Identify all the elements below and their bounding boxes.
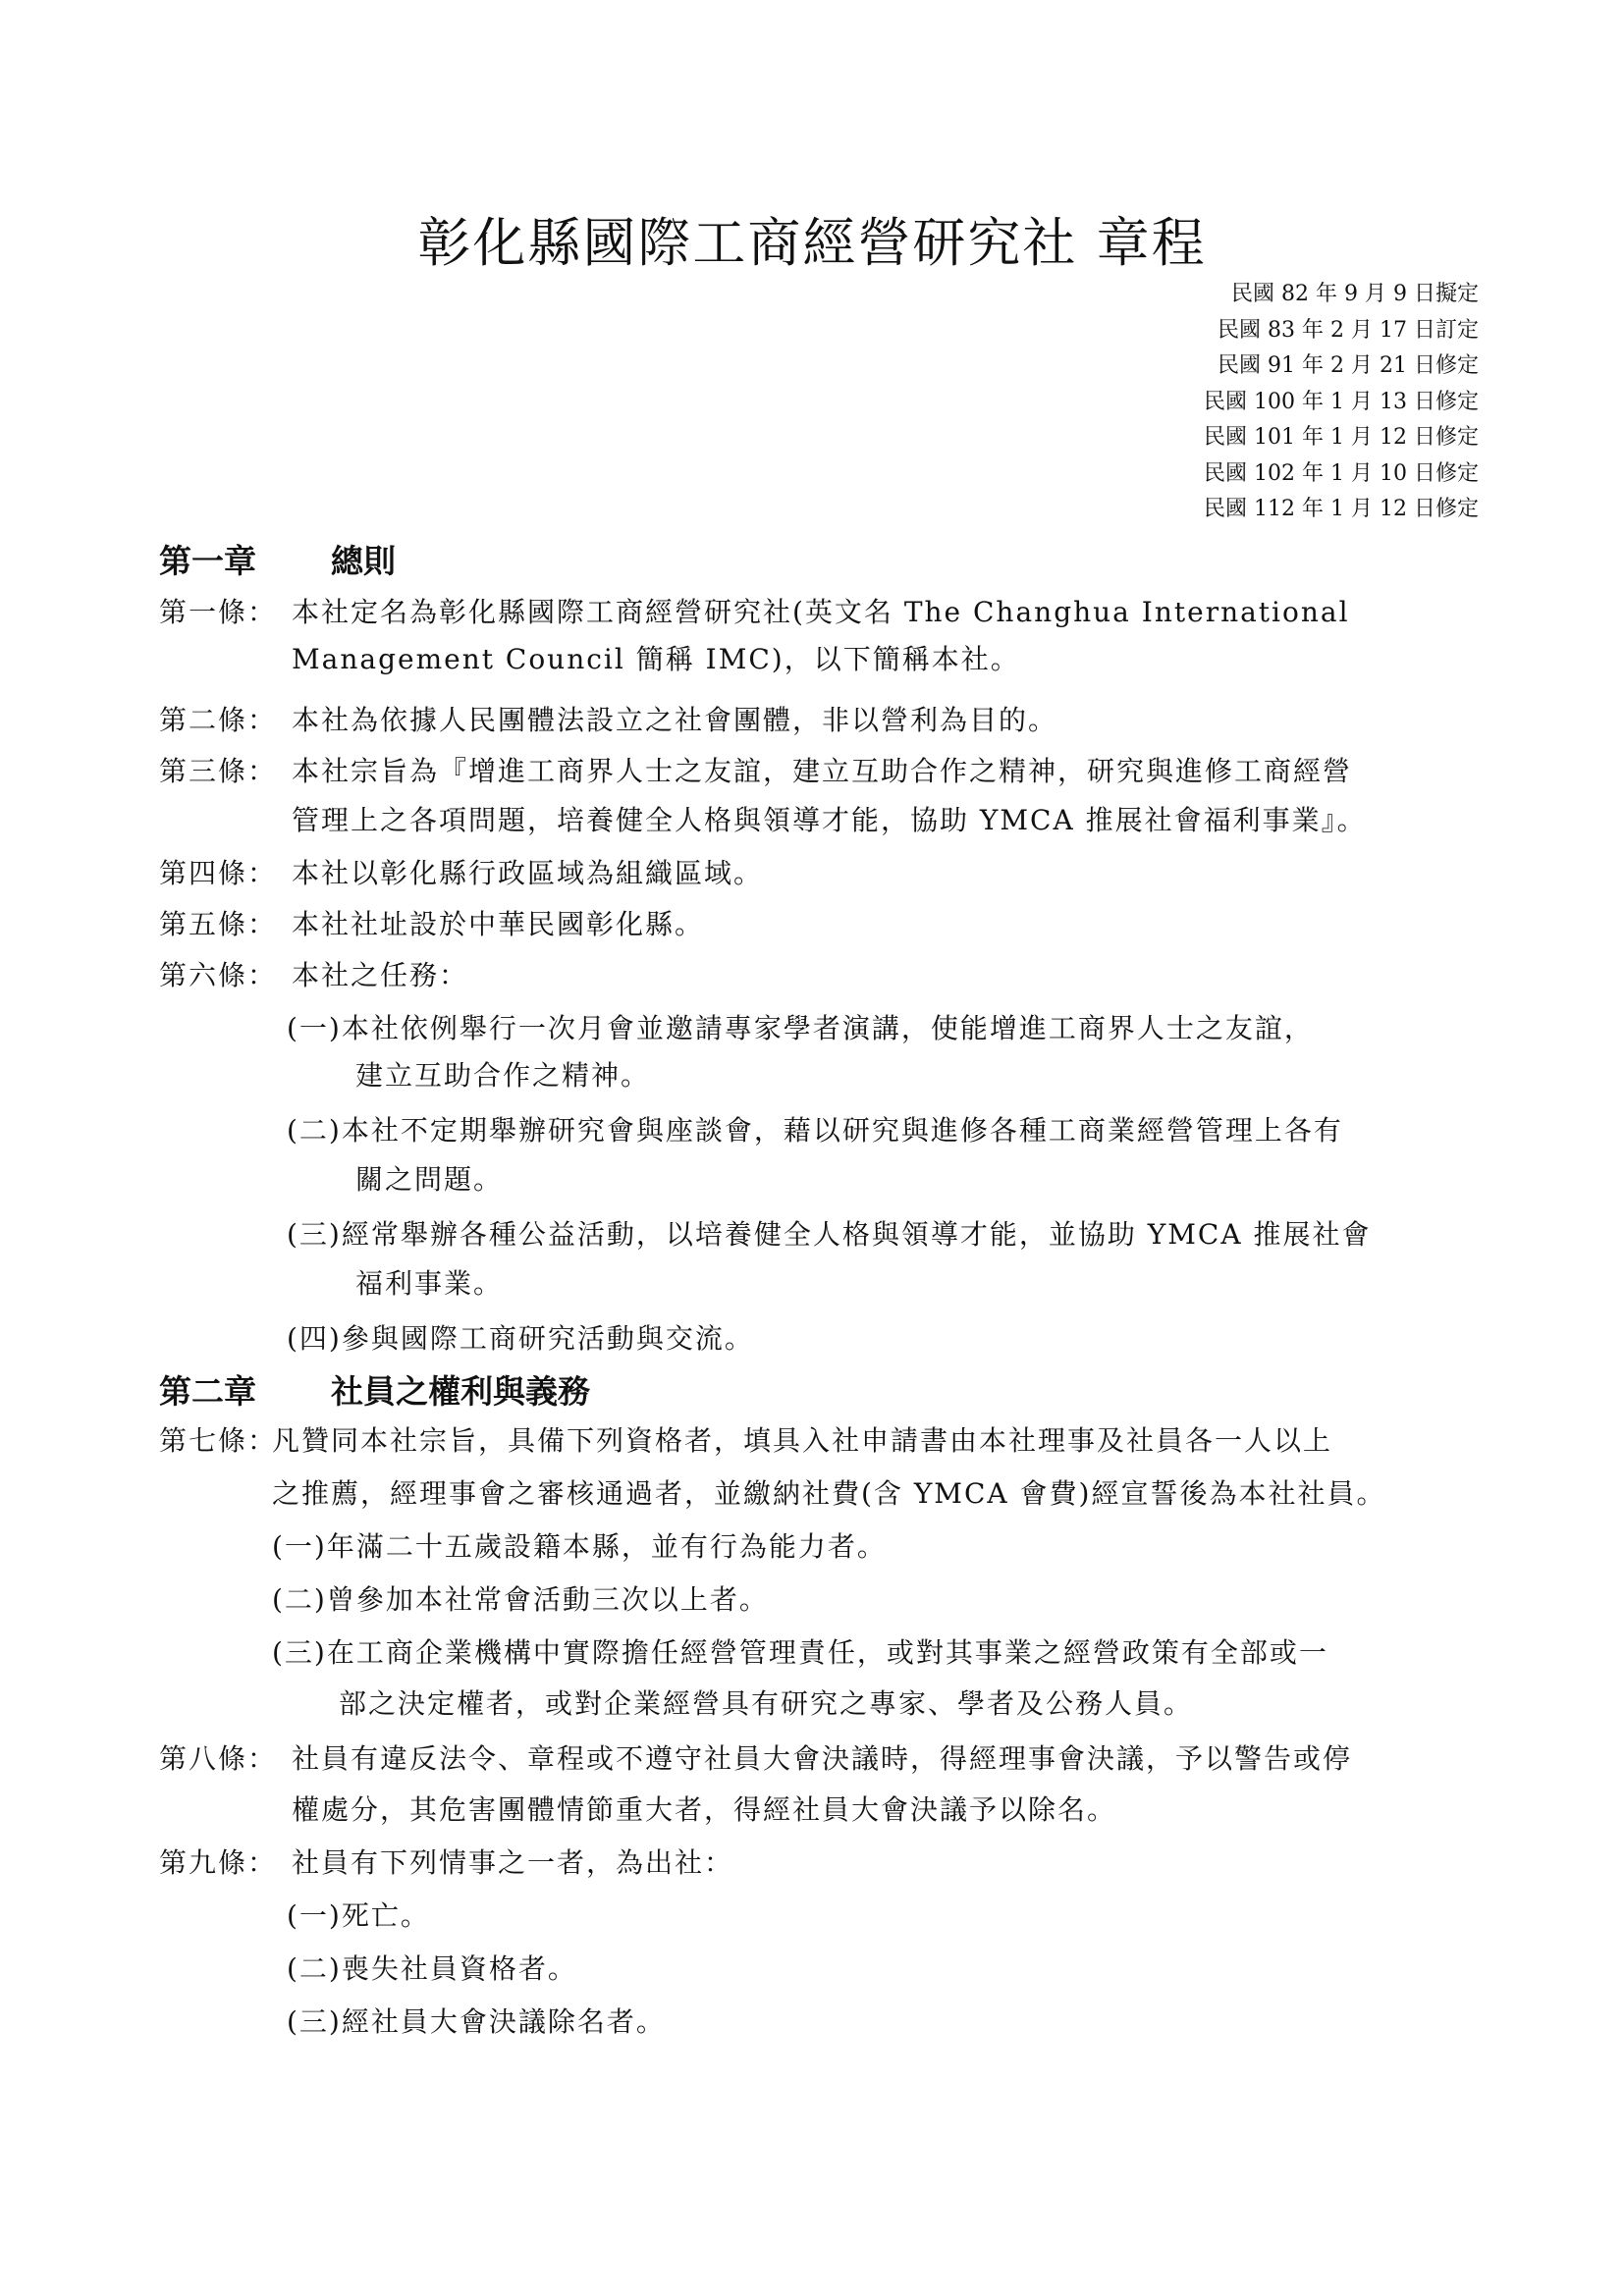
list-item: (二)曾參加本社常會活動三次以上者。 [272, 1578, 769, 1618]
revision-date: 民國 82 年 9 月 9 日擬定 [1204, 277, 1479, 313]
revision-date: 民國 102 年 1 月 10 日修定 [1204, 456, 1479, 493]
article-text: 社員有下列情事之一者，為出社： [292, 1846, 733, 1879]
chapter-number: 第一章 [159, 536, 331, 582]
article-2: 第二條：本社為依據人民團體法設立之社會團體，非以營利為目的。 [159, 699, 1057, 738]
list-item-continued: 部之決定權者，或對企業經營具有研究之專家、學者及公務人員。 [339, 1682, 1193, 1722]
article-9: 第九條：社員有下列情事之一者，為出社： [159, 1842, 733, 1881]
revision-date: 民國 91 年 2 月 21 日修定 [1204, 348, 1479, 385]
list-item-continued: 建立互助合作之精神。 [355, 1054, 650, 1094]
article-8: 第八條：社員有違反法令、章程或不遵守社員大會決議時，得經理事會決議，予以警告或停 [159, 1737, 1352, 1777]
article-text: 凡贊同本社宗旨，具備下列資格者，填具入社申請書由本社理事及社員各一人以上 [272, 1424, 1332, 1457]
document-title: 彰化縣國際工商經營研究社 章程 [0, 201, 1624, 277]
article-label: 第六條： [159, 954, 292, 993]
article-5: 第五條：本社社址設於中華民國彰化縣。 [159, 903, 704, 942]
article-text: 本社定名為彰化縣國際工商經營研究社(英文名 The Changhua Inter… [292, 596, 1350, 628]
article-3: 第三條：本社宗旨為『增進工商界人士之友誼，建立互助合作之精神，研究與進修工商經營 [159, 750, 1352, 789]
article-label: 第二條： [159, 699, 292, 738]
list-item: (三)經社員大會決議除名者。 [287, 2001, 666, 2040]
article-text-continued: Management Council 簡稱 IMC)，以下簡稱本社。 [292, 638, 1020, 677]
article-7: 第七條：凡贊同本社宗旨，具備下列資格者，填具入社申請書由本社理事及社員各一人以上 [159, 1419, 1332, 1459]
chapter-title: 總則 [331, 542, 396, 580]
revision-date: 民國 100 年 1 月 13 日修定 [1204, 385, 1479, 421]
article-text: 本社社址設於中華民國彰化縣。 [292, 908, 704, 940]
article-text-continued: 權處分，其危害團體情節重大者，得經社員大會決議予以除名。 [292, 1789, 1116, 1828]
article-text: 本社以彰化縣行政區域為組織區域。 [292, 857, 763, 889]
chapter-title: 社員之權利與義務 [331, 1372, 590, 1411]
article-label: 第九條： [159, 1842, 292, 1881]
chapter-number: 第二章 [159, 1366, 331, 1413]
list-item: (一)年滿二十五歲設籍本縣，並有行為能力者。 [272, 1525, 887, 1565]
article-4: 第四條：本社以彰化縣行政區域為組織區域。 [159, 852, 763, 891]
list-item: (一)死亡。 [287, 1895, 430, 1934]
list-item: (二)喪失社員資格者。 [287, 1948, 577, 1987]
chapter-heading: 第二章社員之權利與義務 [159, 1366, 590, 1413]
list-item: (三)在工商企業機構中實際擔任經營管理責任，或對其事業之經營政策有全部或一 [272, 1631, 1328, 1671]
article-6: 第六條：本社之任務： [159, 954, 468, 993]
revision-date: 民國 83 年 2 月 17 日訂定 [1204, 313, 1479, 349]
article-1: 第一條：本社定名為彰化縣國際工商經營研究社(英文名 The Changhua I… [159, 591, 1350, 630]
article-label: 第一條： [159, 591, 292, 630]
article-text: 社員有違反法令、章程或不遵守社員大會決議時，得經理事會決議，予以警告或停 [292, 1742, 1352, 1775]
list-item: (三)經常舉辦各種公益活動，以培養健全人格與領導才能，並協助 YMCA 推展社會 [287, 1213, 1371, 1253]
chapter-heading: 第一章總則 [159, 536, 396, 582]
article-label: 第八條： [159, 1737, 292, 1777]
list-item: (四)參與國際工商研究活動與交流。 [287, 1317, 754, 1357]
list-item: (一)本社依例舉行一次月會並邀請專家學者演講，使能增進工商界人士之友誼， [287, 1007, 1314, 1046]
article-text: 本社之任務： [292, 959, 468, 991]
article-label: 第三條： [159, 750, 292, 789]
revision-date: 民國 112 年 1 月 12 日修定 [1204, 492, 1479, 528]
article-text-continued: 管理上之各項問題，培養健全人格與領導才能，協助 YMCA 推展社會福利事業』。 [292, 799, 1367, 838]
article-text: 本社宗旨為『增進工商界人士之友誼，建立互助合作之精神，研究與進修工商經營 [292, 755, 1352, 787]
article-label: 第五條： [159, 903, 292, 942]
revision-date: 民國 101 年 1 月 12 日修定 [1204, 420, 1479, 456]
article-text-continued: 之推薦，經理事會之審核通過者，並繳納社費(含 YMCA 會費)經宣誓後為本社社員… [272, 1472, 1385, 1512]
list-item-continued: 關之問題。 [355, 1158, 503, 1198]
list-item: (二)本社不定期舉辦研究會與座談會，藉以研究與進修各種工商業經營管理上各有 [287, 1109, 1343, 1148]
article-label: 第七條： [159, 1419, 272, 1459]
revision-dates: 民國 82 年 9 月 9 日擬定 民國 83 年 2 月 17 日訂定 民國 … [1204, 277, 1479, 528]
article-label: 第四條： [159, 852, 292, 891]
article-text: 本社為依據人民團體法設立之社會團體，非以營利為目的。 [292, 704, 1057, 736]
list-item-continued: 福利事業。 [355, 1262, 503, 1302]
